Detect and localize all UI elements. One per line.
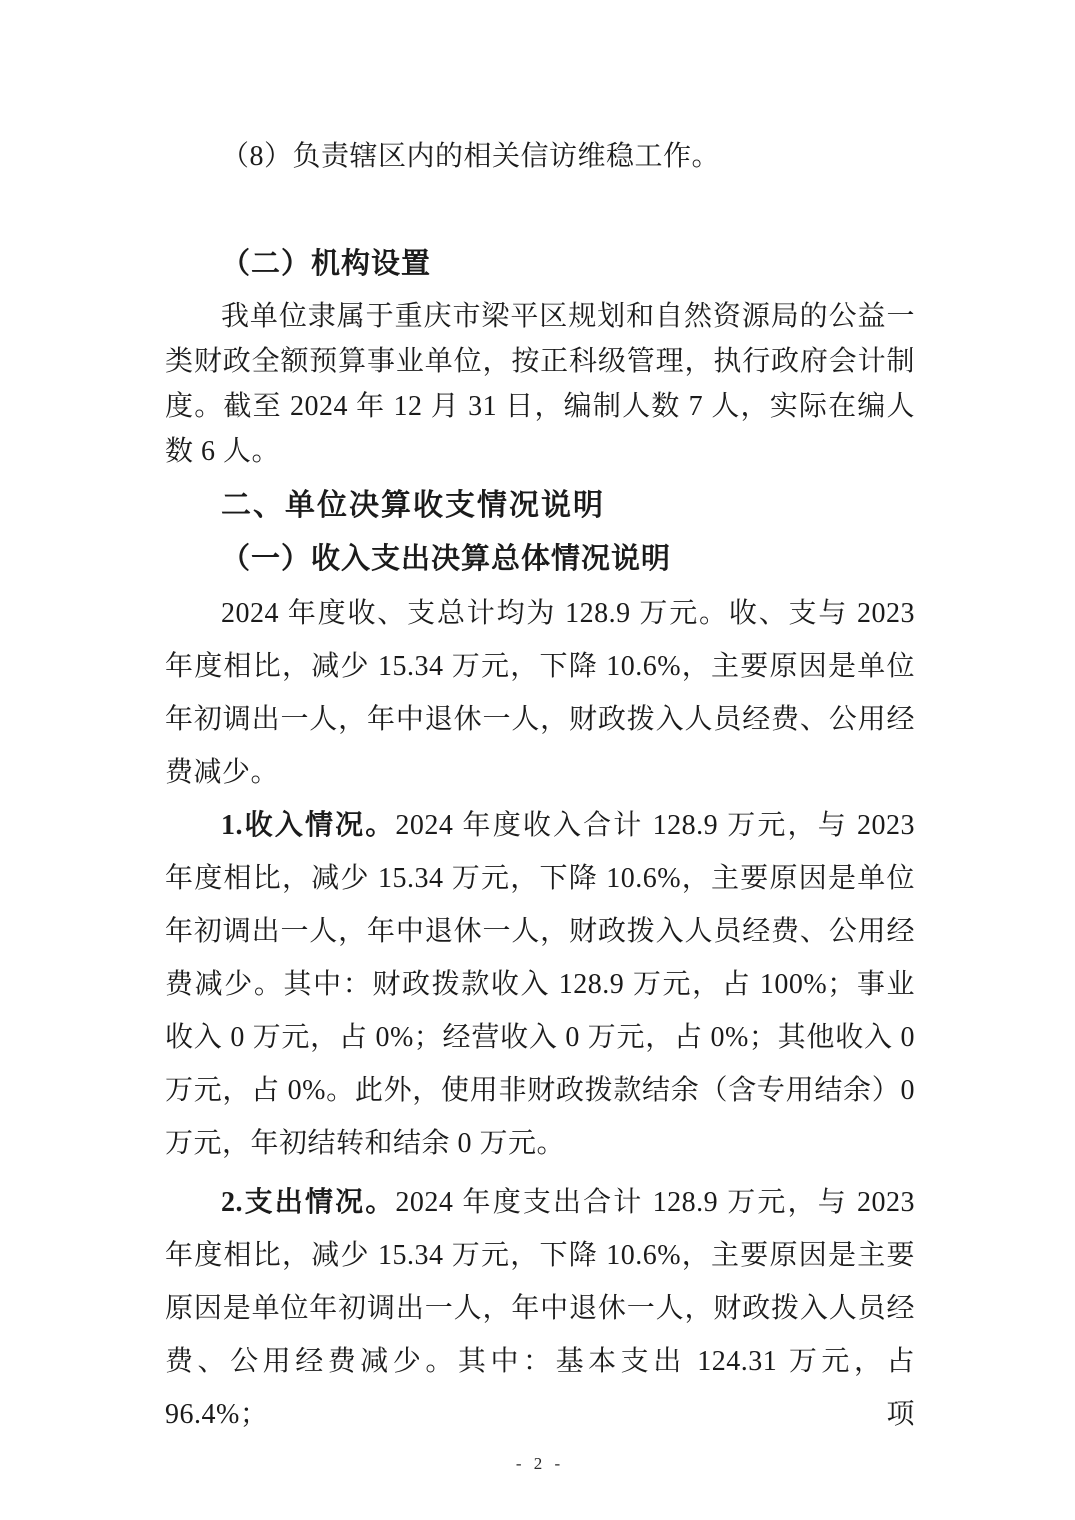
paragraph-overview: 2024 年度收、支总计均为 128.9 万元。收、支与 2023 年度相比，减… (165, 587, 915, 799)
document-page: （8）负责辖区内的相关信访维稳工作。 （二）机构设置 我单位隶属于重庆市梁平区规… (0, 0, 1075, 1520)
paragraph-duty-item-8: （8）负责辖区内的相关信访维稳工作。 (165, 130, 915, 183)
heading-sub-1-overall: （一）收入支出决算总体情况说明 (165, 534, 915, 584)
heading-org-setup: （二）机构设置 (165, 239, 915, 289)
income-lead-label: 1.收入情况。 (221, 810, 395, 841)
income-body-text: 2024 年度收入合计 128.9 万元，与 2023 年度相比，减少 15.3… (165, 810, 915, 1159)
page-number: - 2 - (165, 1453, 915, 1475)
expense-body-text: 2024 年度支出合计 128.9 万元，与 2023 年度相比，减少 15.3… (165, 1187, 915, 1430)
paragraph-expense: 2.支出情况。2024 年度支出合计 128.9 万元，与 2023 年度相比，… (165, 1176, 915, 1441)
expense-lead-label: 2.支出情况。 (221, 1187, 395, 1218)
heading-section-2-budget-summary: 二、单位决算收支情况说明 (165, 479, 915, 532)
paragraph-income: 1.收入情况。2024 年度收入合计 128.9 万元，与 2023 年度相比，… (165, 799, 915, 1170)
paragraph-org-setup: 我单位隶属于重庆市梁平区规划和自然资源局的公益一类财政全额预算事业单位，按正科级… (165, 294, 915, 474)
